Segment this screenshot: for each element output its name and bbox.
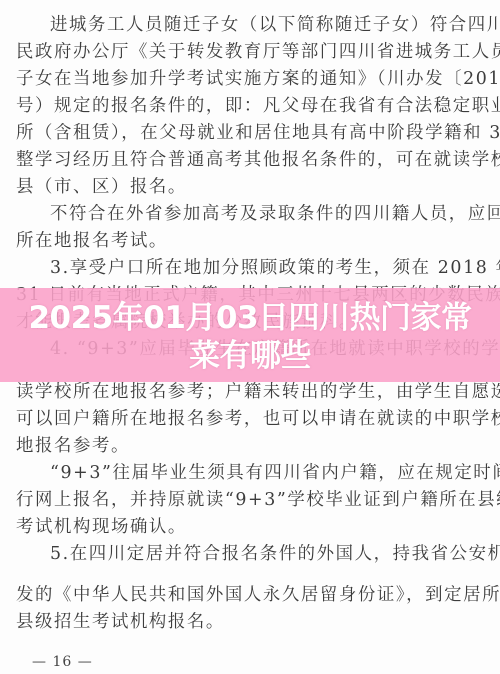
text-line: 考试机构现场确认。 bbox=[16, 514, 468, 541]
page-number: — 16 — bbox=[32, 653, 93, 671]
overlay-title-line-1: 2025年01月03日四川热门家常 bbox=[0, 299, 500, 337]
text-line: 所（含租赁），在父母就业和居住地具有高中阶段学籍和 3 年完 bbox=[16, 120, 468, 147]
text-line: 可以回户籍所在地报名参考，也可以申请在就读的中职学校所在 bbox=[16, 406, 468, 433]
text-line: 地报名参考。 bbox=[16, 433, 468, 460]
text-line: 不符合在外省参加高考及录取条件的四川籍人员，应回户籍 bbox=[50, 201, 468, 228]
text-line: 县级招生考试机构报名。 bbox=[16, 609, 468, 636]
text-line: 所在地报名考试。 bbox=[16, 228, 468, 255]
text-line: 读学校所在地报名参考；户籍未转出的学生，由学生自愿选择， bbox=[16, 379, 468, 406]
text-line: 子女在当地参加升学考试实施方案的通知》（川办发〔2012〕77 bbox=[16, 66, 468, 93]
text-line: 行网上报名，并持原就读“9+3”学校毕业证到户籍所在县级招生 bbox=[16, 487, 468, 514]
text-line: 民政府办公厅《关于转发教育厅等部门四川省进城务工人员随迁 bbox=[16, 39, 468, 66]
overlay-title: 2025年01月03日四川热门家常 菜有哪些 bbox=[0, 299, 500, 375]
text-line: 县（市、区）报名。 bbox=[16, 174, 468, 201]
text-line: 3.享受户口所在地加分照顾政策的考生，须在 2018 年 8 月 bbox=[50, 255, 468, 282]
text-line: 号）规定的报名条件的，即：凡父母在我省有合法稳定职业和住 bbox=[16, 93, 468, 120]
text-line: 5.在四川定居并符合报名条件的外国人，持我省公安机关签 bbox=[50, 541, 468, 568]
text-line: 整学习经历且符合普通高考其他报名条件的，可在就读学校所在 bbox=[16, 147, 468, 174]
text-line: 发的《中华人民共和国外国人永久居留身份证》，到定居所在的 bbox=[16, 582, 468, 609]
overlay-title-line-2: 菜有哪些 bbox=[0, 337, 500, 375]
text-line: “9+3”往届毕业生须具有四川省内户籍，应在规定时间内进 bbox=[50, 460, 468, 487]
text-line: 进城务工人员随迁子女（以下简称随迁子女）符合四川省人 bbox=[50, 12, 468, 39]
